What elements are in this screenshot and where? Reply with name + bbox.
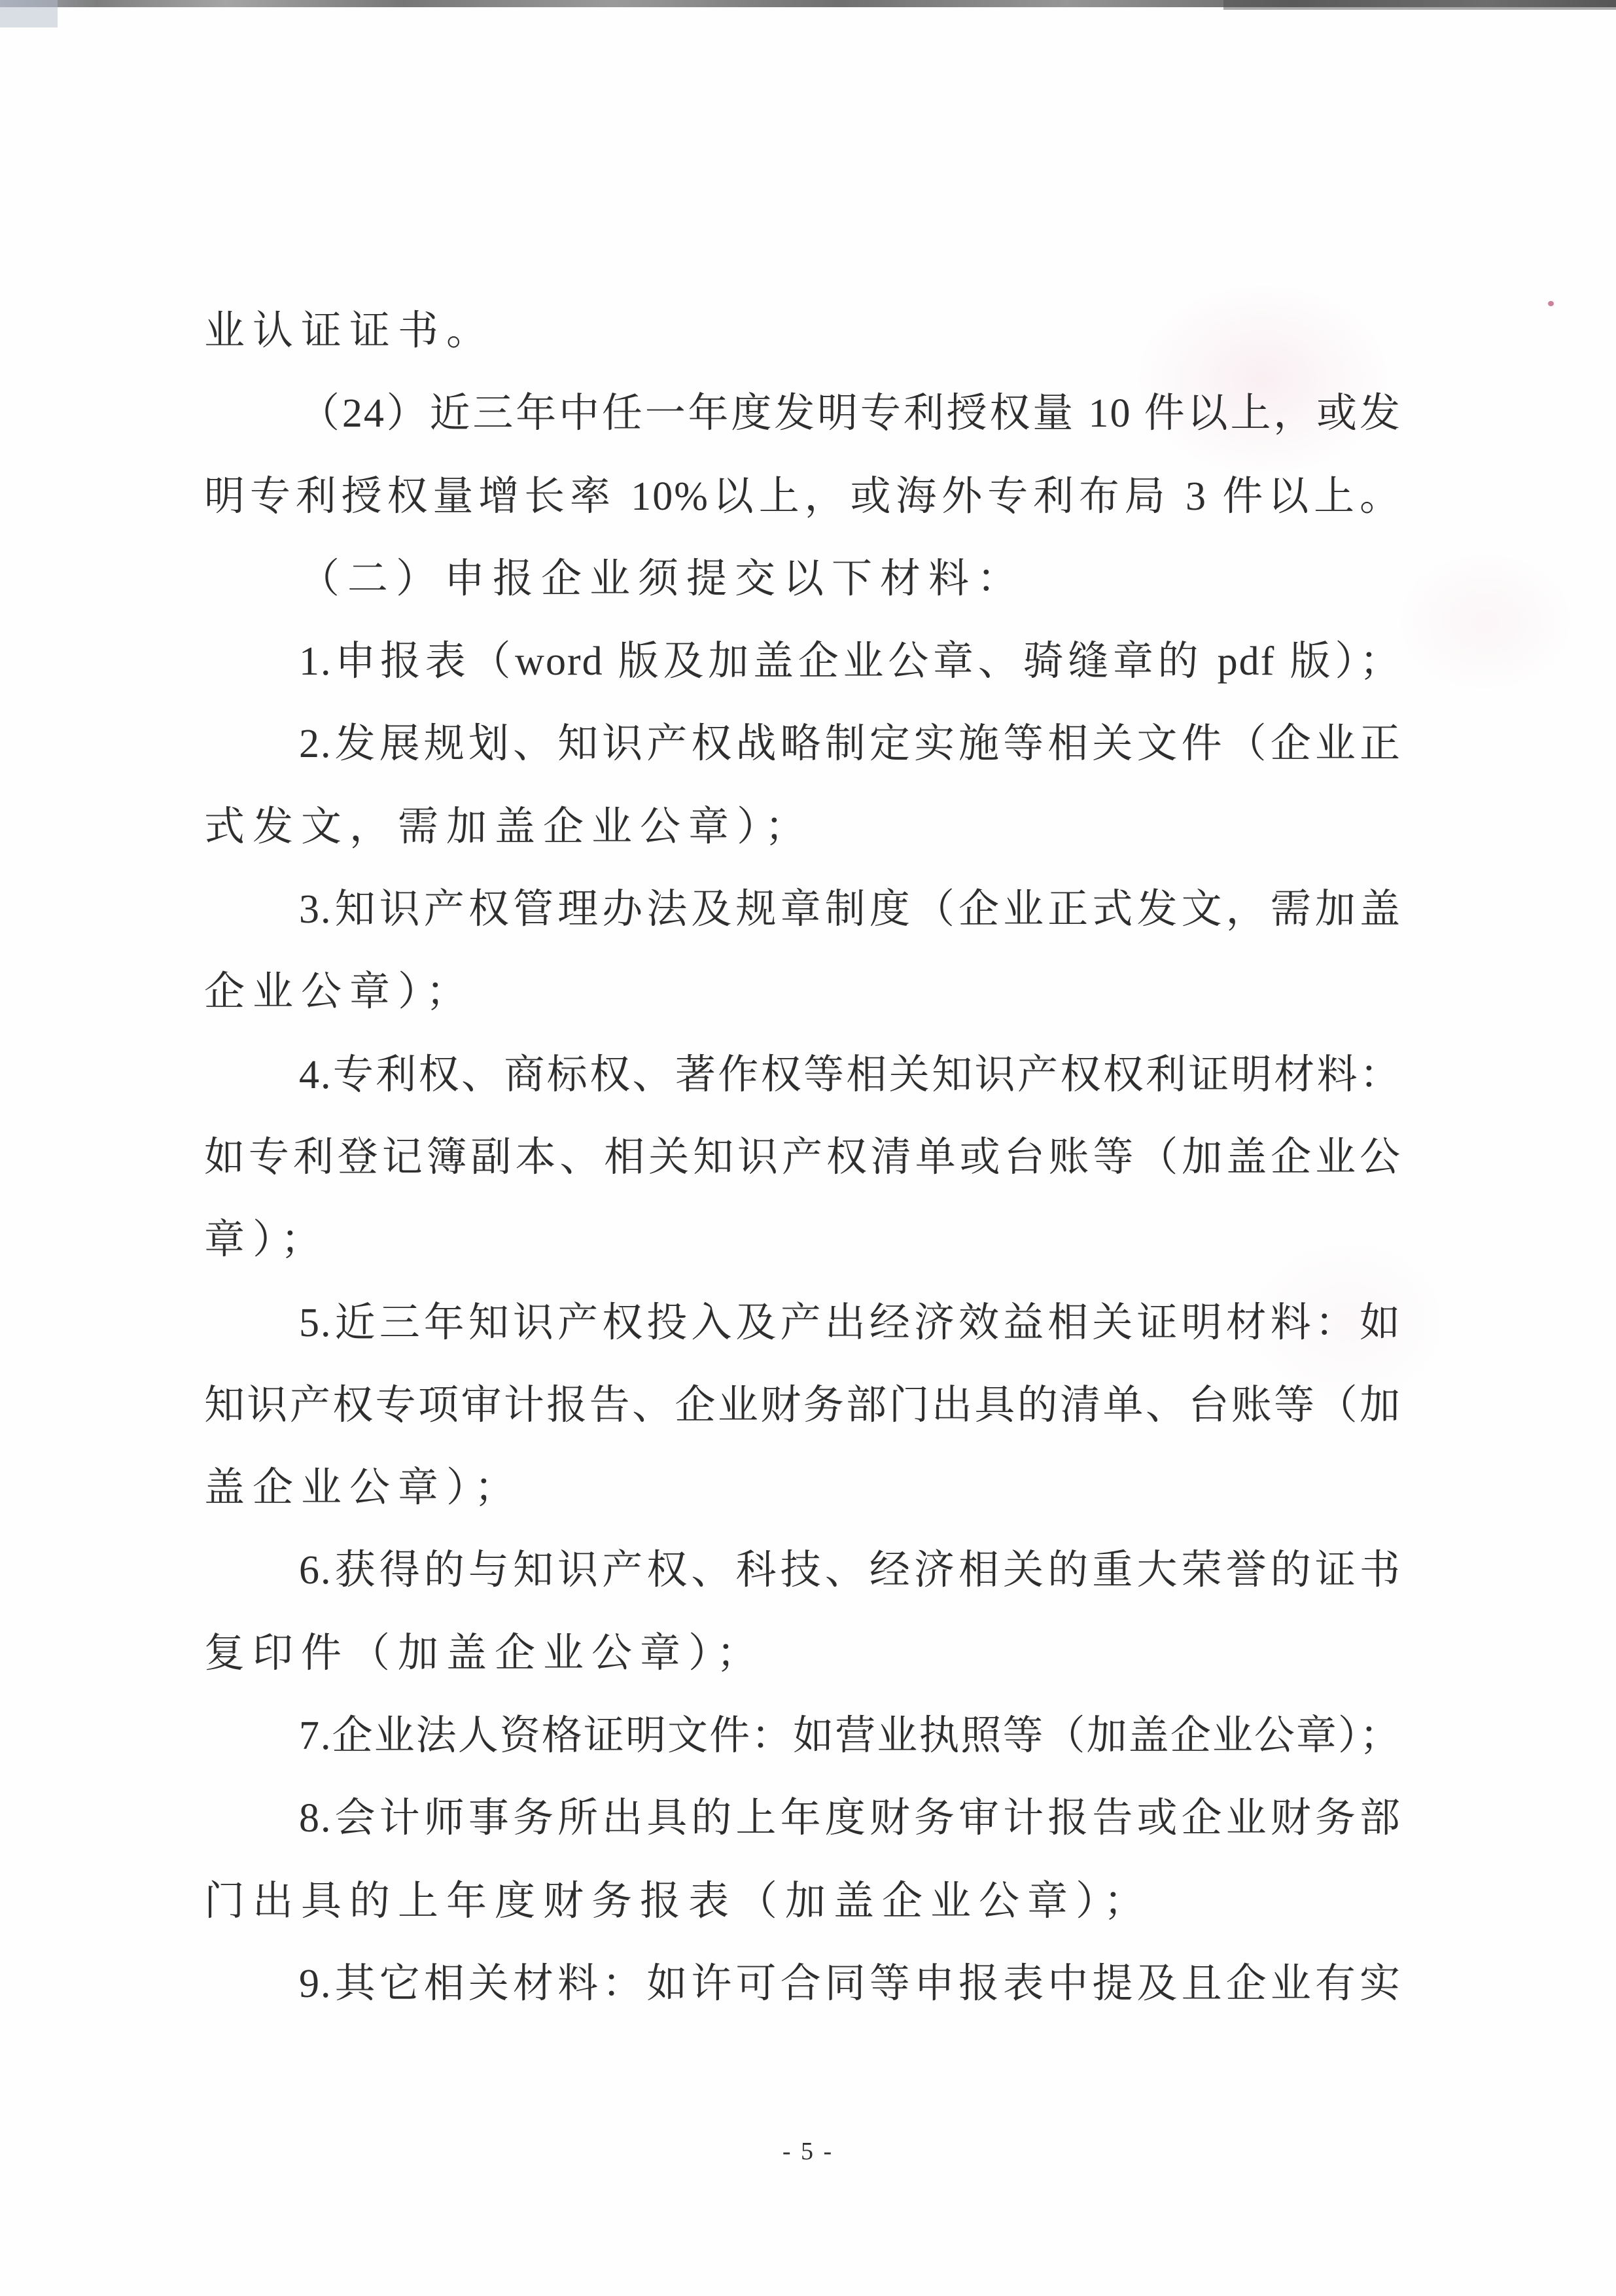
document-page: 业认证证书。（24）近三年中任一年度发明专利授权量 10 件以上，或发明专利授权…	[0, 0, 1616, 2296]
text-line: 企业公章）；	[204, 951, 1401, 1033]
text-line: 门出具的上年度财务报表（加盖企业公章）；	[204, 1860, 1401, 1943]
text-line: 3.知识产权管理办法及规章制度（企业正式发文，需加盖	[204, 868, 1401, 951]
text-line: 8.会计师事务所出具的上年度财务审计报告或企业财务部	[204, 1777, 1401, 1860]
scan-artifact-pink-smudge	[1394, 550, 1577, 694]
text-line: 1.申报表（word 版及加盖企业公章、骑缝章的 pdf 版）；	[204, 620, 1401, 703]
body-text: 业认证证书。（24）近三年中任一年度发明专利授权量 10 件以上，或发明专利授权…	[204, 290, 1401, 2025]
text-line: 章）；	[204, 1199, 1401, 1281]
text-line: 知识产权专项审计报告、企业财务部门出具的清单、台账等（加	[204, 1364, 1401, 1447]
text-line: 7.企业法人资格证明文件：如营业执照等（加盖企业公章）；	[204, 1695, 1401, 1777]
text-line: 式发文，需加盖企业公章）；	[204, 786, 1401, 868]
text-line: 如专利登记簿副本、相关知识产权清单或台账等（加盖企业公	[204, 1116, 1401, 1199]
text-line: 9.其它相关材料：如许可合同等申报表中提及且企业有实	[204, 1943, 1401, 2025]
text-line: 业认证证书。	[204, 290, 1401, 372]
page-footer: - 5 -	[0, 2135, 1616, 2168]
text-line: （24）近三年中任一年度发明专利授权量 10 件以上，或发	[204, 372, 1401, 455]
scan-artifact-corner-block	[0, 0, 58, 27]
text-line: 复印件（加盖企业公章）；	[204, 1612, 1401, 1695]
scan-artifact-red-speck	[1548, 301, 1554, 306]
text-line: 6.获得的与知识产权、科技、经济相关的重大荣誉的证书	[204, 1529, 1401, 1612]
text-line: （二）申报企业须提交以下材料：	[204, 538, 1401, 620]
page-number: - 5 -	[782, 2138, 834, 2165]
text-line: 明专利授权量增长率 10%以上，或海外专利布局 3 件以上。	[204, 455, 1401, 538]
text-line: 5.近三年知识产权投入及产出经济效益相关证明材料：如	[204, 1282, 1401, 1364]
text-line: 4.专利权、商标权、著作权等相关知识产权权利证明材料：	[204, 1034, 1401, 1116]
scan-artifact-top-right-band	[1223, 0, 1616, 10]
text-line: 盖企业公章）；	[204, 1447, 1401, 1529]
text-line: 2.发展规划、知识产权战略制定实施等相关文件（企业正	[204, 703, 1401, 785]
